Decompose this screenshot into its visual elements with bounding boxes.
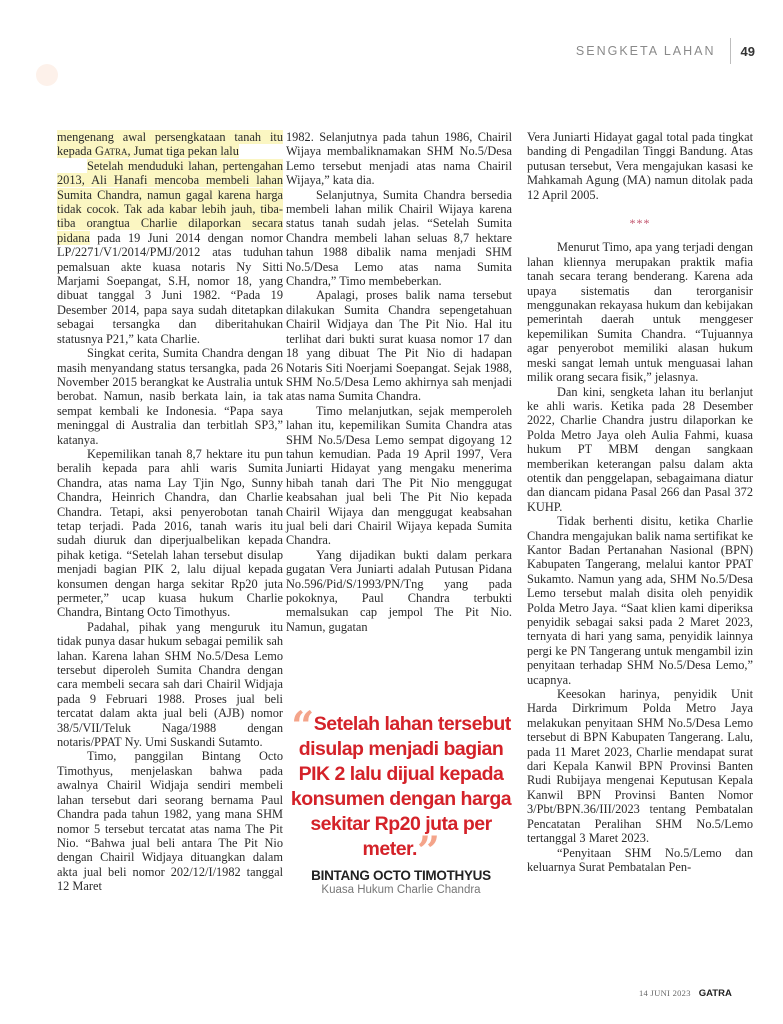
section-separator: *** xyxy=(527,216,753,230)
article-column-1: mengenang awal persengkataan tanah itu k… xyxy=(57,130,283,894)
paragraph: Menurut Timo, apa yang terjadi dengan la… xyxy=(527,240,753,384)
pull-quote-author: BINTANG OCTO TIMOTHYUS xyxy=(290,868,512,883)
paragraph: Timo, panggilan Bintang Octo Timothyus, … xyxy=(57,749,283,893)
paragraph: Singkat cerita, Sumita Chandra dengan ma… xyxy=(57,346,283,447)
paragraph: Selanjutnya, Sumita Chandra bersedia mem… xyxy=(286,188,512,289)
paragraph: Yang dijadikan bukti dalam perkara gugat… xyxy=(286,548,512,634)
paragraph: Kepemilikan tanah 8,7 hektare itu pun be… xyxy=(57,447,283,620)
page-header: SENGKETA LAHAN 49 xyxy=(576,38,755,64)
paragraph: Vera Juniarti Hidayat gagal total pada t… xyxy=(527,130,753,202)
page-number: 49 xyxy=(741,44,755,59)
article-column-3: Vera Juniarti Hidayat gagal total pada t… xyxy=(527,130,753,874)
paragraph: Apalagi, proses balik nama tersebut dila… xyxy=(286,288,512,403)
paragraph: Keesokan harinya, penyidik Unit Harda Di… xyxy=(527,687,753,845)
pull-quote: “Setelah lahan tersebut disulap menjadi … xyxy=(290,712,512,896)
brand-mention: Gatra xyxy=(95,144,127,158)
issue-date: 14 JUNI 2023 xyxy=(639,988,691,998)
paragraph: 1982. Selanjutnya pada tahun 1986, Chair… xyxy=(286,130,512,188)
article-column-2: 1982. Selanjutnya pada tahun 1986, Chair… xyxy=(286,130,512,634)
paragraph: “Penyitaan SHM No.5/Lemo dan keluarnya S… xyxy=(527,846,753,875)
pull-quote-text: “Setelah lahan tersebut disulap menjadi … xyxy=(290,712,512,862)
paragraph: mengenang awal persengkataan tanah itu k… xyxy=(57,130,283,159)
paragraph: Timo melanjutkan, sejak memperoleh lahan… xyxy=(286,404,512,548)
section-title: SENGKETA LAHAN xyxy=(576,44,716,58)
pull-quote-role: Kuasa Hukum Charlie Chandra xyxy=(290,884,512,896)
highlighted-text: mengenang awal persengkataan tanah itu k… xyxy=(57,130,283,158)
page-footer: 14 JUNI 2023 GATRA xyxy=(639,988,732,999)
paragraph: Padahal, pihak yang menguruk itu tidak p… xyxy=(57,620,283,750)
magazine-brand: GATRA xyxy=(699,988,732,999)
paragraph: Tidak berhenti disitu, ketika Charlie Ch… xyxy=(527,514,753,687)
header-divider xyxy=(730,38,731,64)
paragraph: Setelah menduduki lahan, pertengahan 201… xyxy=(57,159,283,346)
paragraph: Dan kini, sengketa lahan itu berlanjut k… xyxy=(527,385,753,515)
faded-logo-icon xyxy=(36,64,58,86)
